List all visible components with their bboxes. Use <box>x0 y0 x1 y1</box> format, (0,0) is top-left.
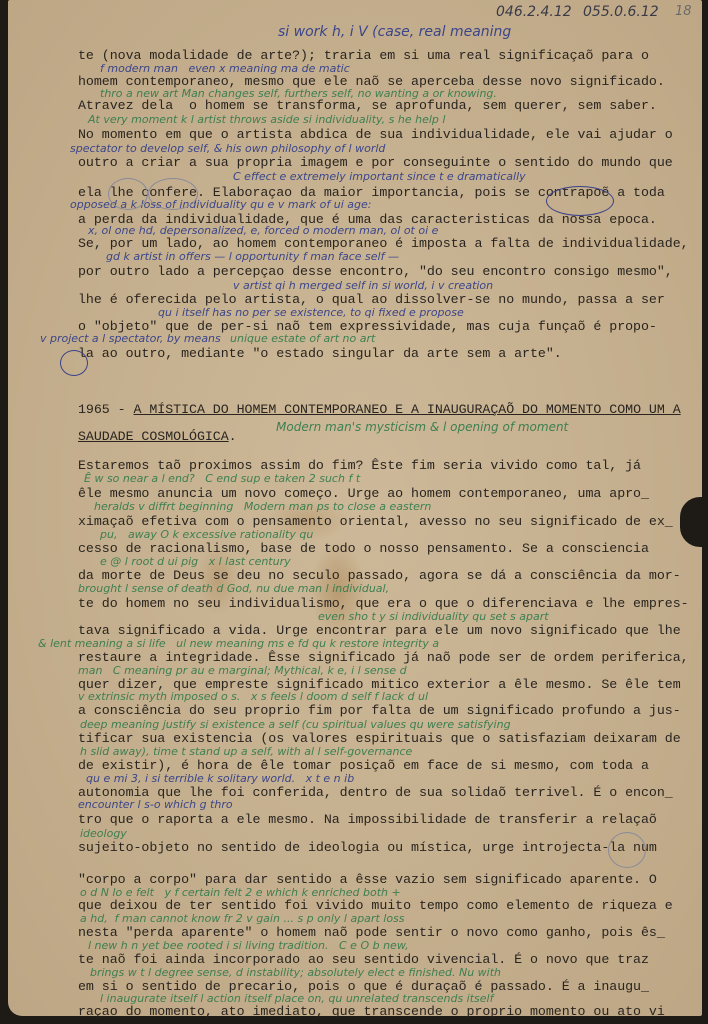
typed-line: Se, por um lado, ao homem contemporaneo … <box>78 236 689 251</box>
handwritten-annotation: even sho t y si individuality qu set s a… <box>318 610 549 623</box>
body-line: te do homem no seu individualismo, que e… <box>78 596 689 611</box>
typed-line: por outro lado a percepçao desse encontr… <box>78 264 673 279</box>
handwritten-annotation: v extrinsic myth imposed o s. x s feels … <box>78 690 428 703</box>
page-number: 18 <box>675 4 692 19</box>
handwritten-annotation: o d N lo e felt y f certain felt 2 e whi… <box>80 886 401 899</box>
handwritten-annotation: deep meaning justify si existence a self… <box>80 718 511 731</box>
handwritten-annotation: Ê w so near a l end? C end sup e taken 2… <box>84 472 360 485</box>
typed-line: No momento em que o artista abdica de su… <box>78 127 673 142</box>
torn-edge <box>680 497 702 547</box>
body-line: Estaremos taõ proximos assim do fim? Êst… <box>78 458 641 473</box>
handwritten-annotation: heralds v diffrt beginning Modern man ps… <box>94 500 431 513</box>
handwritten-annotation: encounter l s-o which g thro <box>78 798 233 811</box>
body-line: restaure a integridade. Êsse significado… <box>78 650 689 665</box>
section-heading-cont: SAUDADE COSMOLÓGICA. <box>78 429 237 444</box>
handwritten-annotation: pu, away O k excessive rationality qu <box>100 528 313 541</box>
handwritten-annotation: x, ol one hd, depersonalized, e, forced … <box>88 224 438 237</box>
handwritten-annotation: qu e mi 3, i si terrible k solitary worl… <box>86 772 354 785</box>
handwritten-annotation: man C meaning pr au e marginal; Mythical… <box>78 664 407 677</box>
pen-circle-mark <box>608 832 646 868</box>
pen-circle-mark <box>148 178 198 210</box>
handwritten-annotation: spectator to develop self, & his own phi… <box>70 142 385 155</box>
handwritten-annotation: C effect e extremely important since t e… <box>233 170 526 183</box>
typed-line: outro a criar a sua propria imagem e por… <box>78 155 673 170</box>
body-line: de existir), é hora de êle tomar posiçaõ… <box>78 758 649 773</box>
handwritten-annotation: brought l sense of death d God, nu due m… <box>78 582 389 595</box>
handwritten-annotation: Modern man's mysticism & l opening of mo… <box>276 420 568 434</box>
handwritten-annotation: e @ l root d ui pig x l last century <box>100 555 291 568</box>
body-line: êle mesmo anuncia um novo começo. Urge a… <box>78 486 649 501</box>
handwritten-annotation: qu i itself has no per se existence, to … <box>158 306 464 319</box>
pen-circle-mark <box>108 178 148 210</box>
typed-line: Atravez dela o homem se transforma, se a… <box>78 98 657 113</box>
section-heading: 1965 - A MÍSTICA DO HOMEM CONTEMPORANEO … <box>78 402 681 417</box>
handwritten-annotation: & lent meaning a si life ul new meaning … <box>38 637 439 650</box>
handwritten-annotation: l new h n yet bee rooted i si living tra… <box>88 939 409 952</box>
handwritten-annotation: unique estate of art no art <box>230 332 375 345</box>
typed-line: te (nova modalidade de arte?); traria em… <box>78 48 649 63</box>
body-line: tro que o raporta a ele mesmo. Na imposs… <box>78 812 657 827</box>
body-line: cesso de racionalismo, base de todo o no… <box>78 541 649 556</box>
handwritten-annotation: thro a new art Man changes self, further… <box>100 87 497 100</box>
handwritten-annotation: v artist qi h merged self in si world, i… <box>233 279 493 292</box>
handwritten-annotation: At very moment k l artist throws aside s… <box>88 113 445 126</box>
typed-document-page: 046.2.4.12 055.0.6.12 18 te (nova modali… <box>8 0 702 1016</box>
handwritten-annotation: a hd, f man cannot know fr 2 v gain ... … <box>80 912 405 925</box>
body-line: tificar sua existencia (os valores espir… <box>78 731 681 746</box>
heading-title-line1: A MÍSTICA DO HOMEM CONTEMPORANEO E A INA… <box>134 402 681 417</box>
handwritten-annotation: v project a l spectator, by means <box>40 332 221 345</box>
handwritten-annotation: ideology <box>80 827 127 840</box>
body-line: raçao do momento, ato imediato, que tran… <box>78 1004 665 1019</box>
pen-circle-mark <box>546 186 614 216</box>
handwritten-annotation: l inaugurate itself l action itself plac… <box>100 992 493 1005</box>
body-line: nesta "perda aparente" o homem naõ pode … <box>78 925 665 940</box>
heading-year: 1965 - <box>78 402 134 417</box>
body-line: que deixou de ter sentido foi vivido mui… <box>78 898 673 913</box>
heading-title-line2: SAUDADE COSMOLÓGICA <box>78 429 229 444</box>
body-line: tava significado a vida. Urge encontrar … <box>78 623 681 638</box>
body-line: sujeito-objeto no sentido de ideologia o… <box>78 840 657 855</box>
body-line: a consciência do seu proprio fim por fal… <box>78 703 681 718</box>
typed-line: la ao outro, mediante "o estado singular… <box>78 346 562 361</box>
body-line: da morte de Deus se deu no seculo passad… <box>78 568 681 583</box>
pen-circle-mark <box>60 350 88 376</box>
body-line: te naõ foi ainda incorporado ao seu sent… <box>78 952 649 967</box>
archive-code-2: 055.0.6.12 <box>583 4 659 20</box>
handwritten-annotation: h slid away), time t stand up a self, wi… <box>80 745 412 758</box>
typed-line: lhe é oferecida pelo artista, o qual ao … <box>78 292 665 307</box>
handwritten-annotation: si work h, i V (case, real meaning <box>278 24 511 40</box>
handwritten-annotation: f modern man even x meaning ma de matic <box>100 62 350 75</box>
handwritten-annotation: brings w t l degree sense, d instability… <box>90 966 501 979</box>
body-line: ximaçaõ efetiva com o pensamento orienta… <box>78 514 673 529</box>
body-line: "corpo a corpo" para dar sentido a êsse … <box>78 872 657 887</box>
archive-code-1: 046.2.4.12 <box>496 4 572 20</box>
handwritten-annotation: gd k artist in offers — l opportunity f … <box>106 250 399 263</box>
